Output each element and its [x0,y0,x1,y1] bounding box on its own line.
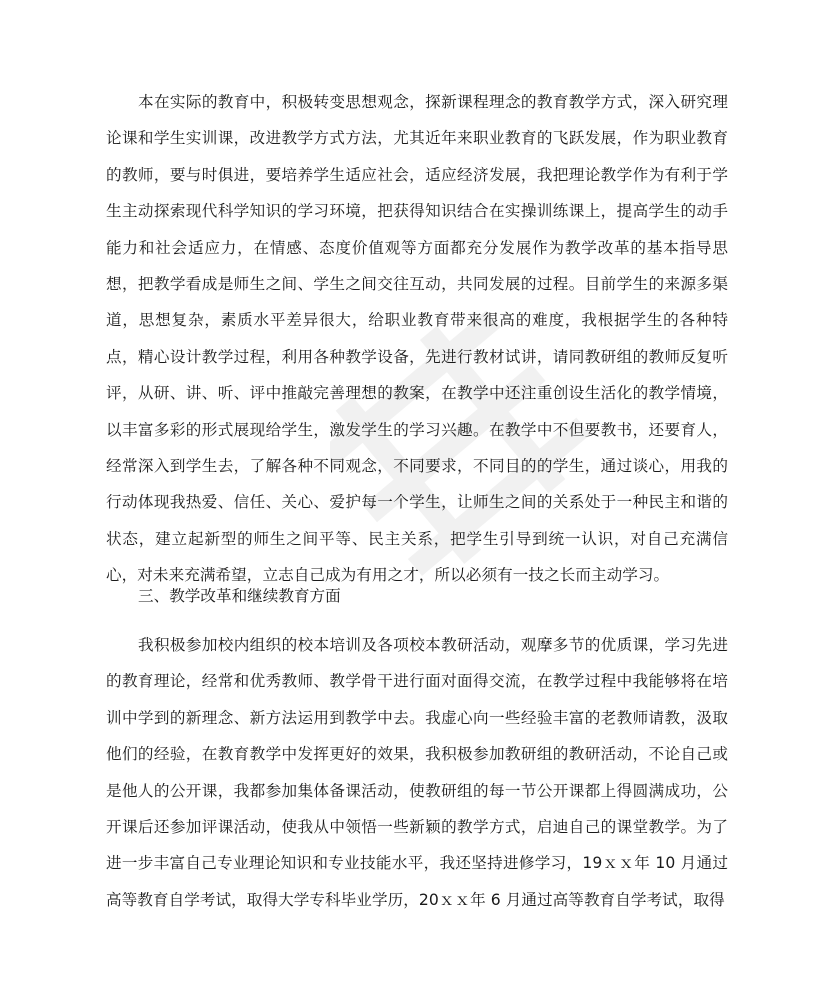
body-paragraph-2: 我积极参加校内组织的校本培训及各项校本教研活动，观摩多节的优质课，学习先进的教育… [106,627,728,918]
document-page: 本在实际的教育中，积极转变思想观念，探新课程理念的教育教学方式，深入研究理论课和… [0,0,830,986]
section-heading: 三、教学改革和继续教育方面 [106,578,728,614]
body-paragraph-1: 本在实际的教育中，积极转变思想观念，探新课程理念的教育教学方式，深入研究理论课和… [106,84,728,594]
